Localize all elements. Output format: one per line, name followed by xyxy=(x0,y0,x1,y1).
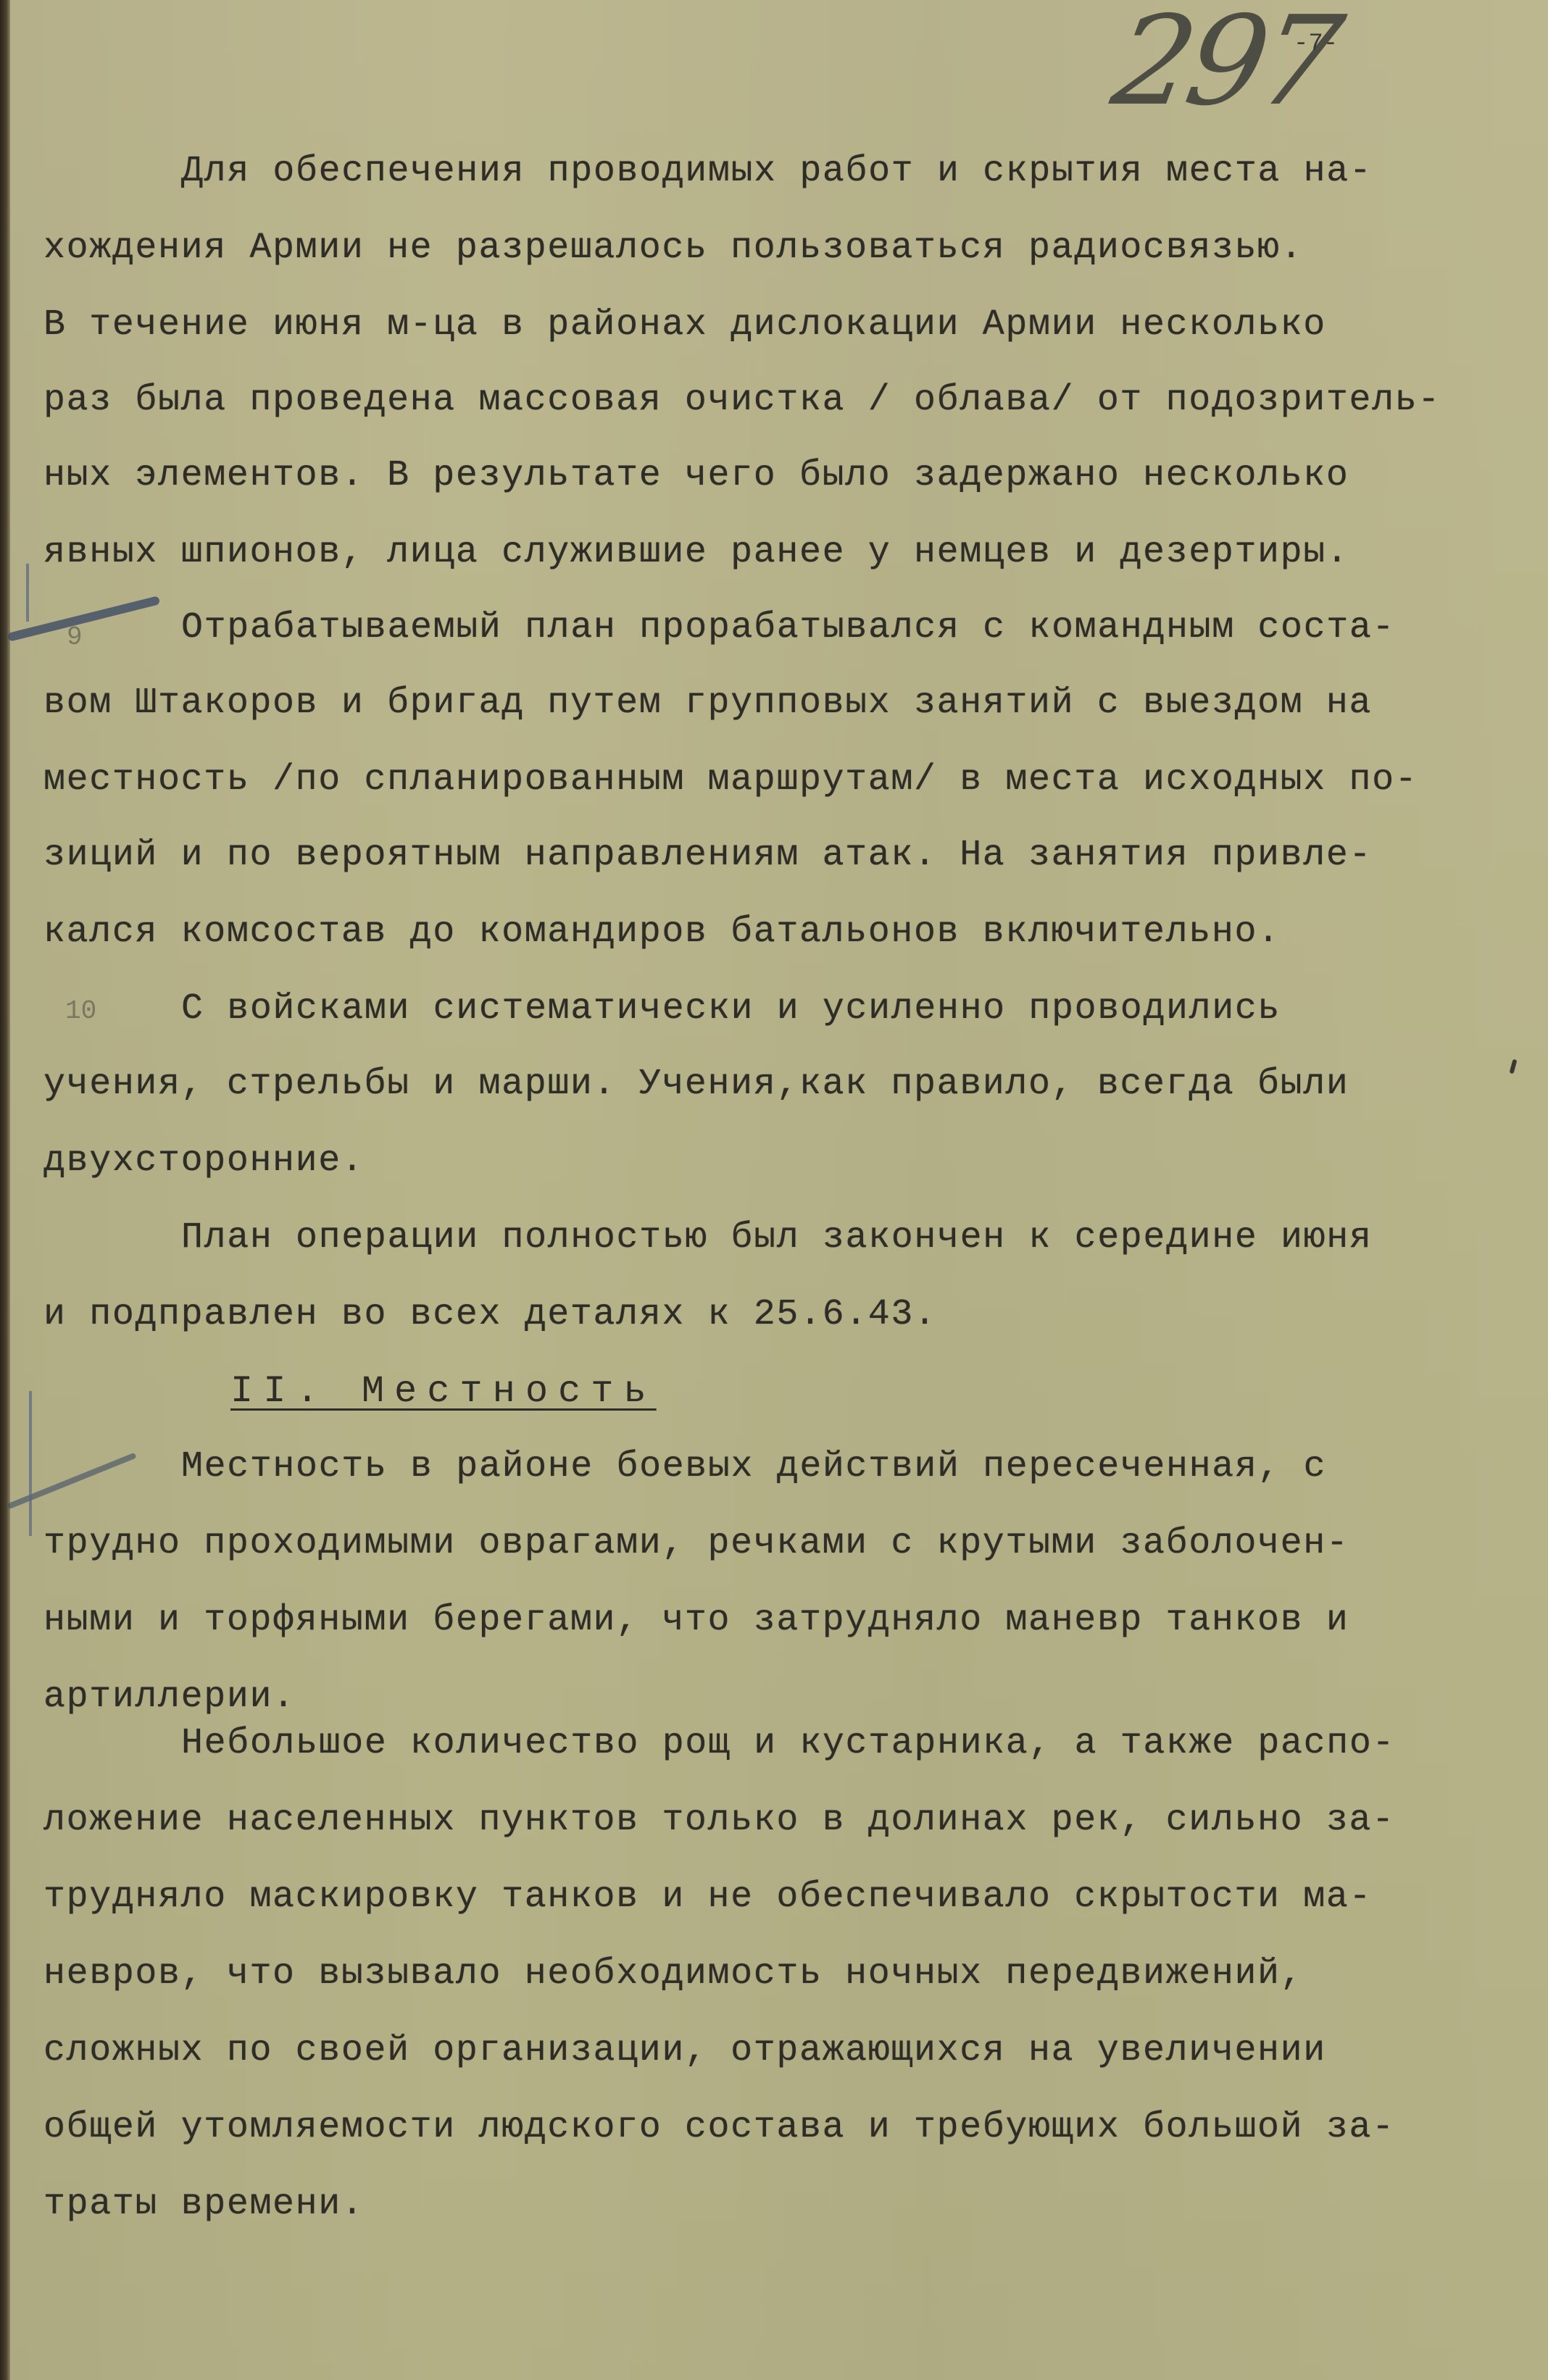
text-line: Отрабатываемый план прорабатывался с ком… xyxy=(181,610,1395,646)
text-line: трудно проходимыми оврагами, речками с к… xyxy=(43,1526,1349,1562)
text-line: вом Штакоров и бригад путем групповых за… xyxy=(43,685,1372,722)
text-line: невров, что вызывало необходимость ночны… xyxy=(43,1956,1303,1992)
text-line: кался комсостав до командиров батальонов… xyxy=(43,914,1281,951)
text-line: В течение июня м-ца в районах дислокации… xyxy=(43,307,1326,343)
ink-mark xyxy=(1510,1059,1518,1074)
text-line: учения, стрельбы и марши. Учения,как пра… xyxy=(43,1066,1349,1103)
paragraph-number-10: 10 xyxy=(65,998,96,1024)
section-heading: II. Местность xyxy=(230,1373,657,1411)
paragraph-number-9: 9 xyxy=(67,625,83,651)
text-line: явных шпионов, лица служившие ранее у не… xyxy=(43,535,1349,571)
text-line: артиллерии. xyxy=(43,1679,296,1716)
text-line: местность /по спланированным маршрутам/ … xyxy=(43,762,1418,798)
text-line: План операции полностью был закончен к с… xyxy=(181,1220,1372,1256)
text-line: ложение населенных пунктов только в доли… xyxy=(43,1803,1395,1839)
text-line: сложных по своей организации, отражающих… xyxy=(43,2033,1326,2069)
text-line: хождения Армии не разрешалось пользовать… xyxy=(43,230,1303,267)
text-line: ных элементов. В результате чего было за… xyxy=(43,458,1349,494)
text-line: ными и торфяными берегами, что затруднял… xyxy=(43,1603,1349,1639)
text-line: Для обеспечения проводимых работ и скрыт… xyxy=(181,154,1372,190)
text-line: и подправлен во всех деталях к 25.6.43. xyxy=(43,1297,937,1333)
text-line: общей утомляемости людского состава и тр… xyxy=(43,2110,1395,2146)
text-line: раз была проведена массовая очистка / об… xyxy=(43,383,1441,419)
text-line: траты времени. xyxy=(43,2187,364,2223)
margin-arrow-shaft-9 xyxy=(26,564,29,622)
margin-arrow-mark-section xyxy=(7,1453,136,1510)
page-marker: -7- xyxy=(1294,30,1338,58)
margin-arrow-shaft-section xyxy=(29,1391,32,1536)
text-line: С войсками систематически и усиленно про… xyxy=(181,991,1281,1027)
text-line: Небольшое количество рощ и кустарника, а… xyxy=(181,1726,1395,1762)
text-line: зиций и по вероятным направлениям атак. … xyxy=(43,838,1372,874)
text-line: Местность в районе боевых действий перес… xyxy=(181,1449,1326,1485)
folio-number: 297 xyxy=(1105,0,1344,123)
text-line: двухсторонние. xyxy=(43,1143,364,1179)
margin-arrow-mark-9 xyxy=(7,596,161,642)
archival-page: 297 -7- 9 10 Для обеспечения проводимых … xyxy=(0,0,1548,2380)
text-line: трудняло маскировку танков и не обеспечи… xyxy=(43,1879,1372,1916)
binding-edge xyxy=(0,0,10,2380)
